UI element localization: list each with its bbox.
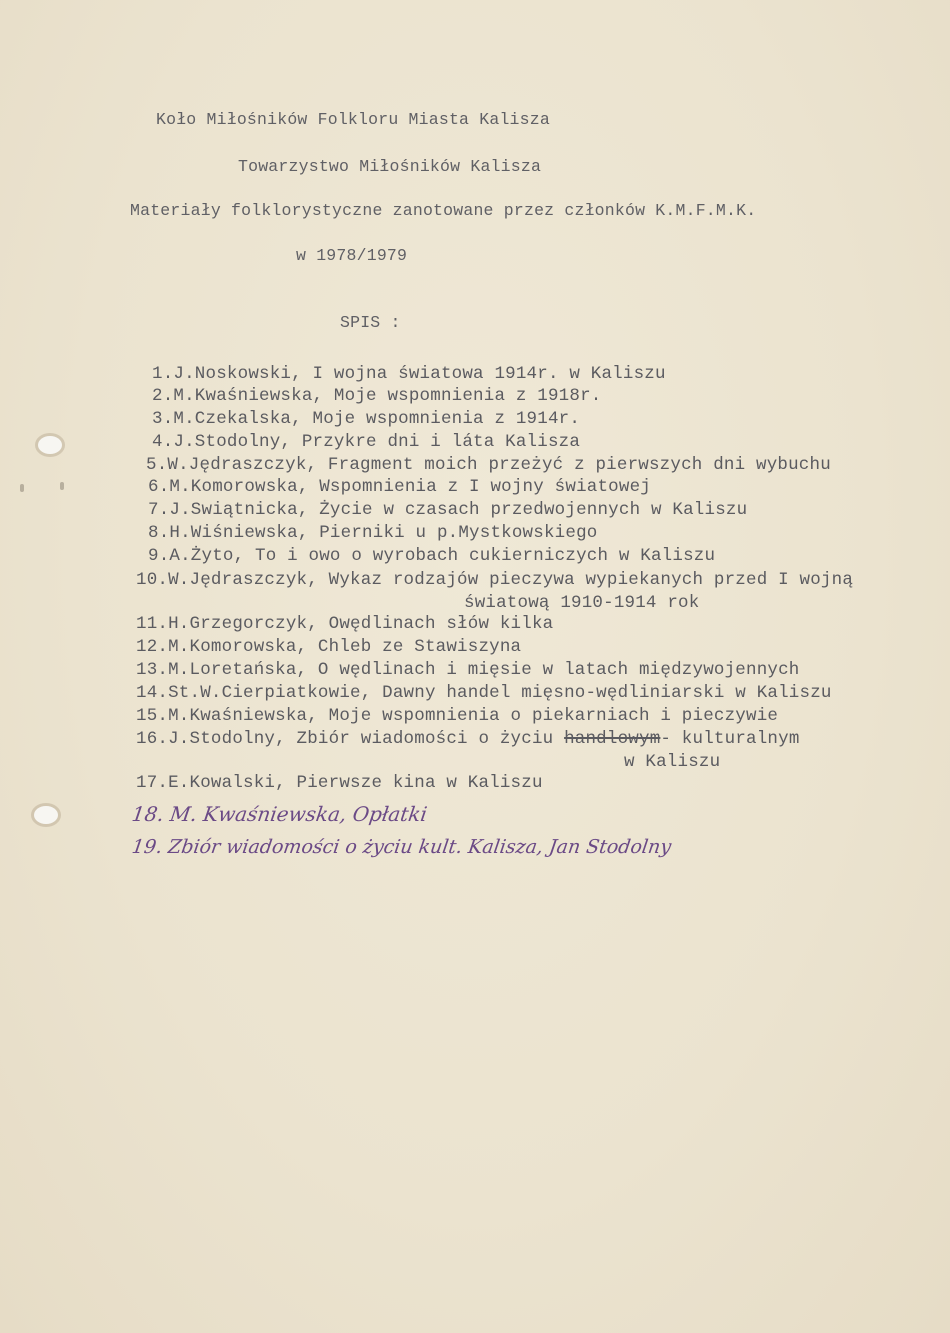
list-item: 11.H.Grzegorczyk, Owędlinach słów kilka bbox=[136, 614, 553, 634]
header-organization: Koło Miłośników Folkloru Miasta Kalisza bbox=[156, 110, 550, 129]
list-item: 10.W.Jędraszczyk, Wykaz rodzajów pieczyw… bbox=[136, 570, 853, 590]
list-item: 9.A.Żyto, To i owo o wyrobach cukiernicz… bbox=[148, 546, 715, 566]
list-item: 2.M.Kwaśniewska, Moje wspomnienia z 1918… bbox=[152, 386, 601, 406]
list-item: 14.St.W.Cierpiatkowie, Dawny handel mięs… bbox=[136, 683, 832, 703]
header-description: Materiały folklorystyczne zanotowane prz… bbox=[130, 201, 756, 220]
header-years: w 1978/1979 bbox=[296, 246, 407, 265]
punch-hole-top bbox=[38, 436, 62, 454]
list-item-text: 16.J.Stodolny, Zbiór wiadomości o życiu bbox=[136, 729, 564, 749]
list-item: 6.M.Komorowska, Wspomnienia z I wojny św… bbox=[148, 477, 651, 497]
list-item: 17.E.Kowalski, Pierwsze kina w Kaliszu bbox=[136, 773, 543, 793]
punch-hole-bottom bbox=[34, 806, 58, 824]
list-item: 12.M.Komorowska, Chleb ze Stawiszyna bbox=[136, 637, 521, 657]
list-item: 8.H.Wiśniewska, Pierniki u p.Mystkowskie… bbox=[148, 523, 597, 543]
handwritten-item: 19. Zbiór wiadomości o życiu kult. Kalis… bbox=[130, 836, 672, 858]
list-item: 1.J.Noskowski, I wojna światowa 1914r. w… bbox=[152, 364, 666, 384]
smudge-mark bbox=[20, 484, 24, 492]
list-item: 5.W.Jędraszczyk, Fragment moich przeżyć … bbox=[146, 455, 831, 475]
list-item: 16.J.Stodolny, Zbiór wiadomości o życiu … bbox=[136, 729, 800, 749]
list-item: 3.M.Czekalska, Moje wspomnienia z 1914r. bbox=[152, 409, 580, 429]
smudge-mark bbox=[60, 482, 64, 490]
struck-out-word: handlowym bbox=[564, 729, 660, 749]
list-item-continuation: światową 1910-1914 rok bbox=[464, 593, 699, 613]
list-item-continuation: w Kaliszu bbox=[624, 752, 720, 772]
list-title: SPIS : bbox=[340, 313, 401, 332]
list-item: 13.M.Loretańska, O wędlinach i mięsie w … bbox=[136, 660, 800, 680]
list-item: 7.J.Swiątnicka, Życie w czasach przedwoj… bbox=[148, 500, 747, 520]
list-item: 15.M.Kwaśniewska, Moje wspomnienia o pie… bbox=[136, 706, 778, 726]
list-item-text: - kulturalnym bbox=[660, 729, 799, 749]
header-society: Towarzystwo Miłośników Kalisza bbox=[238, 157, 541, 176]
handwritten-item: 18. M. Kwaśniewska, Opłatki bbox=[130, 802, 428, 826]
list-item: 4.J.Stodolny, Przykre dni i láta Kalisza bbox=[152, 432, 580, 452]
